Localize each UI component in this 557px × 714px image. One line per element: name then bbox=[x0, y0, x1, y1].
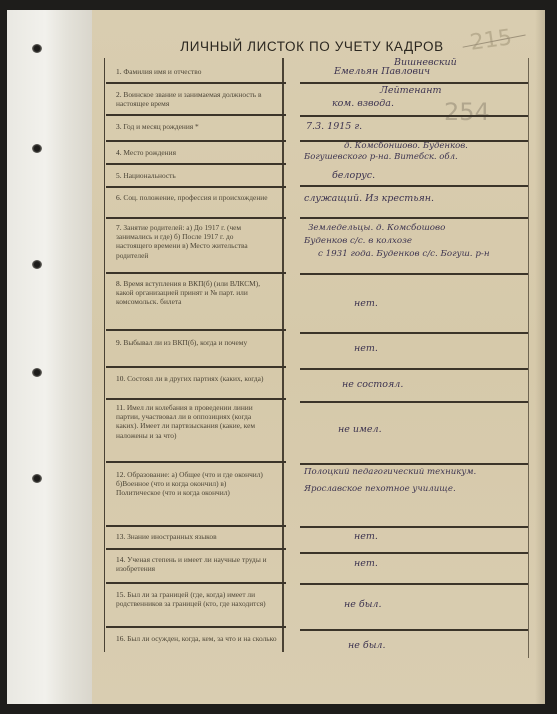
punch-hole bbox=[32, 474, 42, 483]
form-row-2: 2. Воинское звание и занимаемая должност… bbox=[104, 84, 524, 114]
form-row-13: 13. Знание иностранных языков нет. bbox=[104, 528, 524, 550]
field-label: 5. Национальность bbox=[116, 171, 286, 180]
field-answer: Лейтенант ком. взвода. bbox=[332, 82, 557, 112]
field-label: 1. Фамилия имя и отчество bbox=[116, 67, 286, 76]
archive-number-crossed: 215 bbox=[468, 25, 513, 56]
form-row-6: 6. Соц. положение, профессия и происхожд… bbox=[104, 188, 524, 216]
field-answer: нет. bbox=[354, 528, 557, 545]
punch-hole bbox=[32, 144, 42, 153]
form-row-4: 4. Место рождения д. Комсбоншово. Буденк… bbox=[104, 142, 524, 164]
form-row-3: 3. Год и месяц рождения * 7.3. 1915 г. bbox=[104, 116, 524, 138]
form-row-14: 14. Ученая степень и имеет ли научные тр… bbox=[104, 550, 524, 582]
form-row-8: 8. Время вступления в ВКП(б) (или ВЛКСМ)… bbox=[104, 273, 524, 331]
field-answer: Вишневский Емельян Павлович bbox=[334, 54, 557, 80]
field-label: 7. Занятие родителей: а) До 1917 г. (чем… bbox=[116, 223, 266, 260]
field-label: 12. Образование: а) Общее (что и где око… bbox=[116, 470, 266, 498]
field-answer: Полоцкий педагогический техникум. Яросла… bbox=[304, 464, 544, 498]
field-answer: не был. bbox=[344, 596, 557, 613]
form-row-9: 9. Выбывал ли из ВКП(б), когда и почему … bbox=[104, 332, 524, 366]
form-row-10: 10. Состоял ли в других партиях (каких, … bbox=[104, 368, 524, 398]
punch-hole bbox=[32, 44, 42, 53]
field-label: 2. Воинское звание и занимаемая должност… bbox=[116, 90, 286, 108]
form-row-1: 1. Фамилия имя и отчество Вишневский Еме… bbox=[104, 60, 524, 82]
field-answer: служащий. Из крестьян. bbox=[304, 190, 544, 207]
binding-strip bbox=[7, 10, 92, 704]
field-label: 15. Был ли за границей (где, когда) имее… bbox=[116, 590, 286, 608]
form-row-11: 11. Имел ли колебания в проведении линии… bbox=[104, 399, 524, 463]
form-row-5: 5. Национальность белорус. bbox=[104, 165, 524, 185]
field-label: 8. Время вступления в ВКП(б) (или ВЛКСМ)… bbox=[116, 279, 266, 307]
field-answer: не был. bbox=[348, 637, 557, 654]
field-label: 3. Год и месяц рождения * bbox=[116, 122, 286, 131]
field-label: 16. Был ли осужден, когда, кем, за что и… bbox=[116, 634, 286, 643]
field-label: 4. Место рождения bbox=[116, 148, 286, 157]
field-answer: 7.3. 1915 г. bbox=[306, 118, 546, 135]
form-row-12: 12. Образование: а) Общее (что и где око… bbox=[104, 464, 524, 526]
field-answer: не состоял. bbox=[342, 376, 557, 393]
form-row-16: 16. Был ли осужден, когда, кем, за что и… bbox=[104, 627, 524, 653]
field-label: 11. Имел ли колебания в проведении линии… bbox=[116, 403, 266, 440]
field-label: 13. Знание иностранных языков bbox=[116, 532, 286, 541]
document-page: ЛИЧНЫЙ ЛИСТОК ПО УЧЕТУ КАДРОВ 215 254 1.… bbox=[92, 10, 545, 704]
field-label: 9. Выбывал ли из ВКП(б), когда и почему bbox=[116, 338, 286, 347]
field-answer: нет. bbox=[354, 555, 557, 572]
field-answer: не имел. bbox=[338, 421, 557, 438]
form-row-7: 7. Занятие родителей: а) До 1917 г. (чем… bbox=[104, 218, 524, 270]
form-row-15: 15. Был ли за границей (где, когда) имее… bbox=[104, 584, 524, 626]
punch-hole bbox=[32, 368, 42, 377]
field-label: 6. Соц. положение, профессия и происхожд… bbox=[116, 193, 286, 202]
field-label: 14. Ученая степень и имеет ли научные тр… bbox=[116, 555, 286, 573]
field-answer: нет. bbox=[354, 295, 557, 312]
field-answer: белорус. bbox=[332, 167, 557, 184]
field-answer: нет. bbox=[354, 340, 557, 357]
punch-hole bbox=[32, 260, 42, 269]
field-answer: Земледельцы. д. Комсбошово Буденков с/с.… bbox=[304, 222, 544, 261]
page-title: ЛИЧНЫЙ ЛИСТОК ПО УЧЕТУ КАДРОВ bbox=[162, 39, 462, 54]
field-label: 10. Состоял ли в других партиях (каких, … bbox=[116, 374, 286, 383]
field-answer: д. Комсбоншово. Буденков. Богушевского р… bbox=[304, 138, 544, 166]
